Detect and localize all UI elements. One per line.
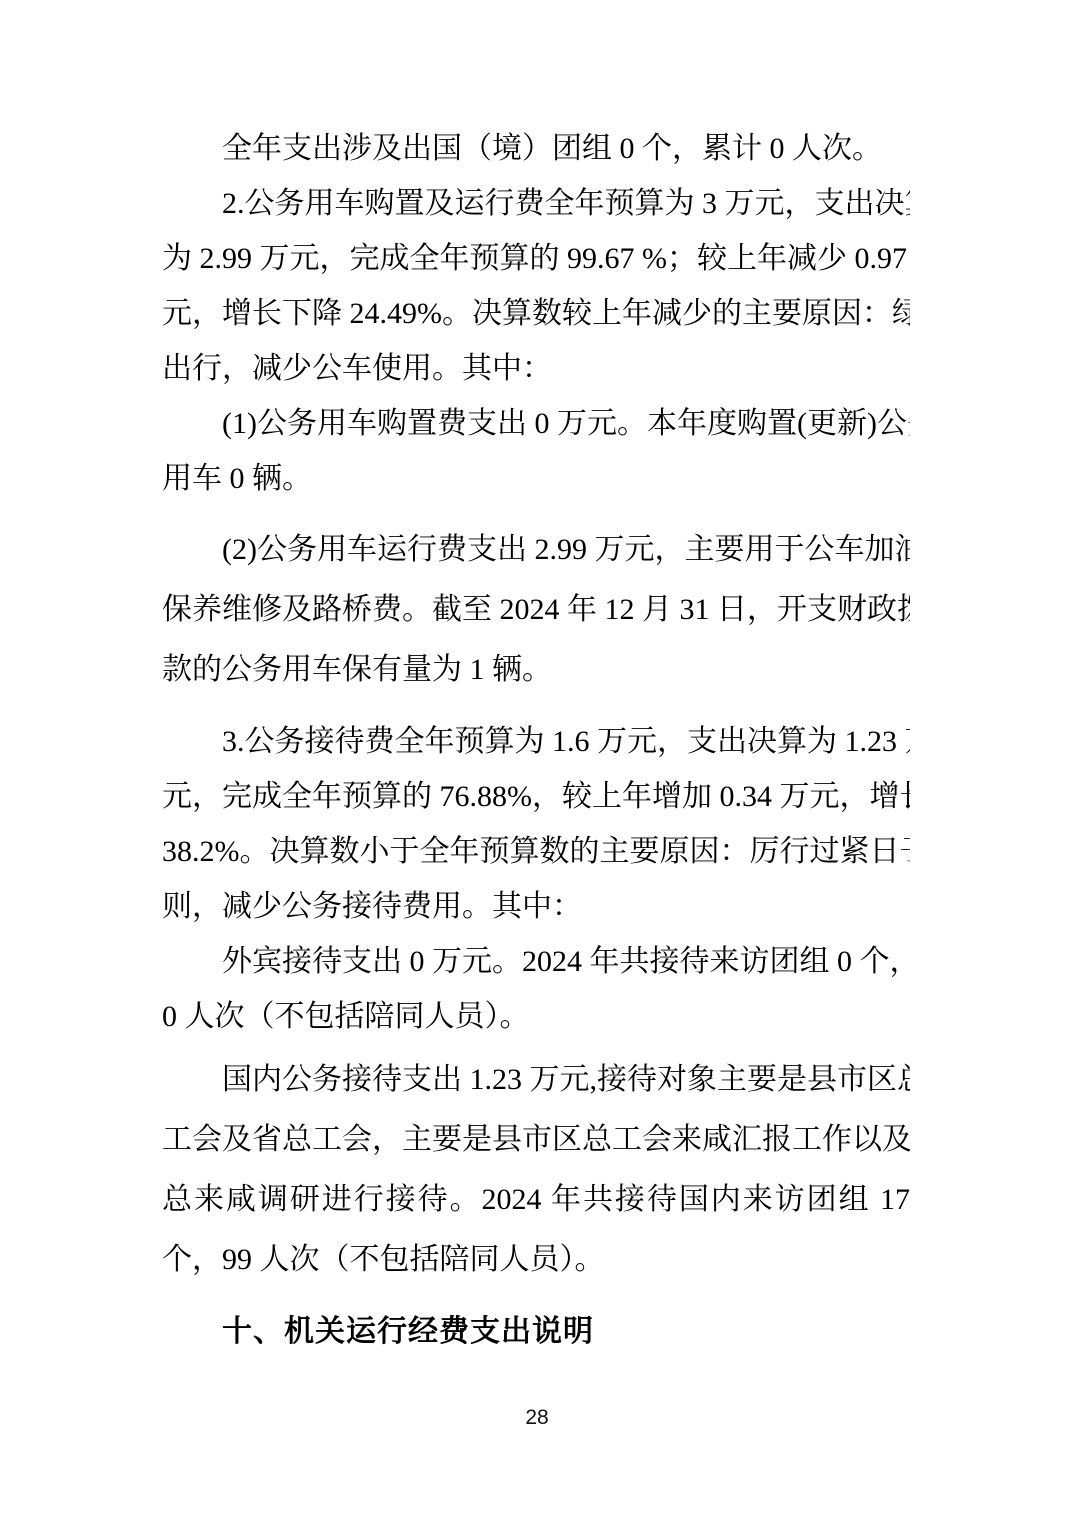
paragraph-line: 国内公务接待支出 1.23 万元,接待对象主要是县市区总: [162, 1050, 910, 1110]
paragraph-line: 为 2.99 万元，完成全年预算的 99.67 %；较上年减少 0.97 万: [162, 231, 910, 286]
paragraph-line: 外宾接待支出 0 万元。2024 年共接待来访团组 0 个，: [162, 934, 910, 989]
paragraph-line: 则，减少公务接待费用。其中：: [162, 879, 910, 934]
paragraph-line: 款的公务用车保有量为 1 辆。: [162, 640, 910, 700]
paragraph-domestic-reception: 国内公务接待支出 1.23 万元,接待对象主要是县市区总 工会及省总工会，主要是…: [162, 1050, 910, 1290]
paragraph-line: 出行，减少公车使用。其中：: [162, 341, 910, 396]
paragraph-foreign-reception: 外宾接待支出 0 万元。2024 年共接待来访团组 0 个， 0 人次（不包括陪…: [162, 934, 910, 1044]
page-number: 28: [0, 1404, 1074, 1432]
paragraph-line: 全年支出涉及出国（境）团组 0 个，累计 0 人次。: [162, 121, 910, 176]
paragraph-reception-budget: 3.公务接待费全年预算为 1.6 万元，支出决算为 1.23 万 元，完成全年预…: [162, 714, 910, 934]
paragraph-vehicle-operation: (2)公务用车运行费支出 2.99 万元，主要用于公车加油、 保养维修及路桥费。…: [162, 520, 910, 700]
paragraph-line: 总来咸调研进行接待。2024 年共接待国内来访团组 17: [162, 1170, 910, 1230]
paragraph-line: 元，完成全年预算的 76.88%，较上年增加 0.34 万元，增长: [162, 769, 910, 824]
section-heading: 十、机关运行经费支出说明: [162, 1304, 910, 1359]
paragraph-line: (1)公务用车购置费支出 0 万元。本年度购置(更新)公务: [162, 396, 910, 451]
document-page: 全年支出涉及出国（境）团组 0 个，累计 0 人次。 2.公务用车购置及运行费全…: [0, 0, 1074, 1520]
paragraph-vehicle-purchase: (1)公务用车购置费支出 0 万元。本年度购置(更新)公务 用车 0 辆。: [162, 396, 910, 506]
paragraph-overseas-trips: 全年支出涉及出国（境）团组 0 个，累计 0 人次。: [162, 121, 910, 176]
paragraph-line: 3.公务接待费全年预算为 1.6 万元，支出决算为 1.23 万: [162, 714, 910, 769]
paragraph-vehicle-budget: 2.公务用车购置及运行费全年预算为 3 万元，支出决算 为 2.99 万元，完成…: [162, 176, 910, 396]
paragraph-line: 个，99 人次（不包括陪同人员）。: [162, 1230, 910, 1290]
paragraph-line: 2.公务用车购置及运行费全年预算为 3 万元，支出决算: [162, 176, 910, 231]
paragraph-line: 用车 0 辆。: [162, 451, 910, 506]
paragraph-line: 工会及省总工会，主要是县市区总工会来咸汇报工作以及省: [162, 1110, 910, 1170]
paragraph-line: (2)公务用车运行费支出 2.99 万元，主要用于公车加油、: [162, 520, 910, 580]
paragraph-line: 保养维修及路桥费。截至 2024 年 12 月 31 日，开支财政拨: [162, 580, 910, 640]
paragraph-line: 元，增长下降 24.49%。决算数较上年减少的主要原因：绿色: [162, 286, 910, 341]
paragraph-line: 38.2%。决算数小于全年预算数的主要原因：厉行过紧日子原: [162, 824, 910, 879]
paragraph-line: 0 人次（不包括陪同人员）。: [162, 989, 910, 1044]
